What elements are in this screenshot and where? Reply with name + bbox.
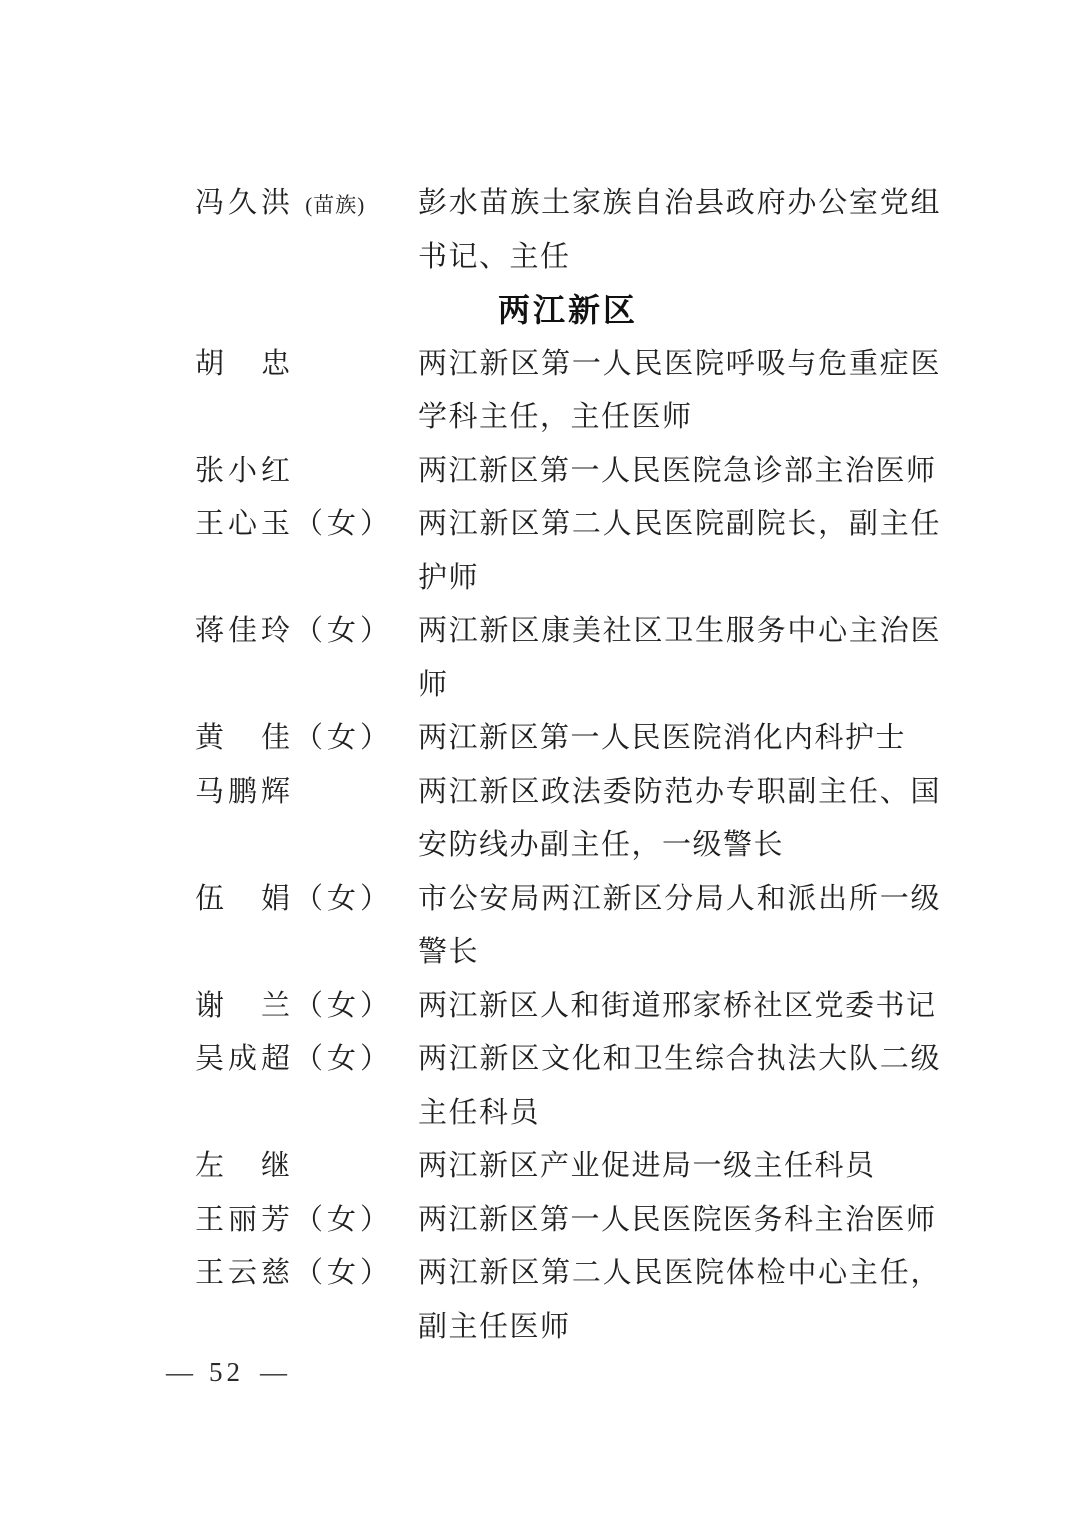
roster-row: 胡 忠两江新区第一人民医院呼吸与危重症医学科主任，主任医师 — [195, 338, 941, 445]
person-name: 张小红 — [195, 445, 418, 499]
person-position: 两江新区产业促进局一级主任科员 — [418, 1140, 941, 1194]
roster-row: 马鹏辉两江新区政法委防范办专职副主任、国安防线办副主任，一级警长 — [195, 766, 941, 873]
footer-right-dash: — — [260, 1352, 287, 1392]
roster-page-body: 冯久洪 (苗族)彭水苗族土家族自治县政府办公室党组书记、主任 两江新区 胡 忠两… — [195, 177, 941, 1354]
person-position: 两江新区第一人民医院呼吸与危重症医学科主任，主任医师 — [418, 338, 941, 445]
roster-pre-section: 冯久洪 (苗族)彭水苗族土家族自治县政府办公室党组书记、主任 — [195, 177, 941, 284]
page-footer: — 52 — — [150, 1352, 303, 1392]
person-name-text: 伍 娟（女） — [195, 883, 393, 915]
person-name: 冯久洪 (苗族) — [195, 177, 418, 233]
page-number: 52 — [209, 1352, 244, 1392]
person-name-text: 王丽芳（女） — [195, 1204, 393, 1236]
person-name-text: 吴成超（女） — [195, 1043, 393, 1075]
roster-row: 吴成超（女）两江新区文化和卫生综合执法大队二级主任科员 — [195, 1033, 941, 1140]
person-position: 两江新区政法委防范办专职副主任、国安防线办副主任，一级警长 — [418, 766, 941, 873]
roster-row: 黄 佳（女）两江新区第一人民医院消化内科护士 — [195, 712, 941, 766]
person-name-text: 冯久洪 — [195, 187, 294, 219]
roster-row: 王丽芳（女）两江新区第一人民医院医务科主治医师 — [195, 1194, 941, 1248]
person-position: 彭水苗族土家族自治县政府办公室党组书记、主任 — [418, 177, 941, 284]
person-position: 两江新区康美社区卫生服务中心主治医师 — [418, 605, 941, 712]
roster-row: 王心玉（女）两江新区第二人民医院副院长，副主任护师 — [195, 498, 941, 605]
roster-row: 伍 娟（女）市公安局两江新区分局人和派出所一级警长 — [195, 873, 941, 980]
person-name-text: 谢 兰（女） — [195, 990, 393, 1022]
person-name-text: 张小红 — [195, 455, 294, 487]
person-name-text: 左 继 — [195, 1150, 294, 1182]
person-name-text: 黄 佳（女） — [195, 722, 393, 754]
person-name: 吴成超（女） — [195, 1033, 418, 1087]
roster-row: 王云慈（女）两江新区第二人民医院体检中心主任，副主任医师 — [195, 1247, 941, 1354]
roster-row: 谢 兰（女）两江新区人和街道邢家桥社区党委书记 — [195, 980, 941, 1034]
person-position: 两江新区第一人民医院医务科主治医师 — [418, 1194, 941, 1248]
roster-entries: 胡 忠两江新区第一人民医院呼吸与危重症医学科主任，主任医师张小红两江新区第一人民… — [195, 338, 941, 1355]
person-name: 谢 兰（女） — [195, 980, 418, 1034]
person-ethnicity-note: (苗族) — [305, 193, 365, 217]
person-position: 市公安局两江新区分局人和派出所一级警长 — [418, 873, 941, 980]
person-position: 两江新区第二人民医院副院长，副主任护师 — [418, 498, 941, 605]
person-name: 王心玉（女） — [195, 498, 418, 552]
person-name: 胡 忠 — [195, 338, 418, 392]
person-position: 两江新区第一人民医院消化内科护士 — [418, 712, 941, 766]
person-name: 王云慈（女） — [195, 1247, 418, 1301]
person-position: 两江新区第二人民医院体检中心主任，副主任医师 — [418, 1247, 941, 1354]
person-name: 伍 娟（女） — [195, 873, 418, 927]
person-position: 两江新区第一人民医院急诊部主治医师 — [418, 445, 941, 499]
person-name-text: 胡 忠 — [195, 348, 294, 380]
roster-row: 冯久洪 (苗族)彭水苗族土家族自治县政府办公室党组书记、主任 — [195, 177, 941, 284]
person-position: 两江新区文化和卫生综合执法大队二级主任科员 — [418, 1033, 941, 1140]
person-name: 蒋佳玲（女） — [195, 605, 418, 659]
person-name: 左 继 — [195, 1140, 418, 1194]
document-page: { "roster": { "pre_section": [ { "name":… — [0, 0, 1074, 1520]
roster-row: 张小红两江新区第一人民医院急诊部主治医师 — [195, 445, 941, 499]
person-name-text: 马鹏辉 — [195, 776, 294, 808]
person-name-text: 蒋佳玲（女） — [195, 615, 393, 647]
section-title: 两江新区 — [195, 284, 941, 338]
person-position: 两江新区人和街道邢家桥社区党委书记 — [418, 980, 941, 1034]
person-name: 马鹏辉 — [195, 766, 418, 820]
roster-row: 左 继两江新区产业促进局一级主任科员 — [195, 1140, 941, 1194]
roster-row: 蒋佳玲（女）两江新区康美社区卫生服务中心主治医师 — [195, 605, 941, 712]
person-name: 王丽芳（女） — [195, 1194, 418, 1248]
person-name: 黄 佳（女） — [195, 712, 418, 766]
person-name-text: 王云慈（女） — [195, 1257, 393, 1289]
person-name-text: 王心玉（女） — [195, 508, 393, 540]
footer-left-dash: — — [166, 1352, 193, 1392]
